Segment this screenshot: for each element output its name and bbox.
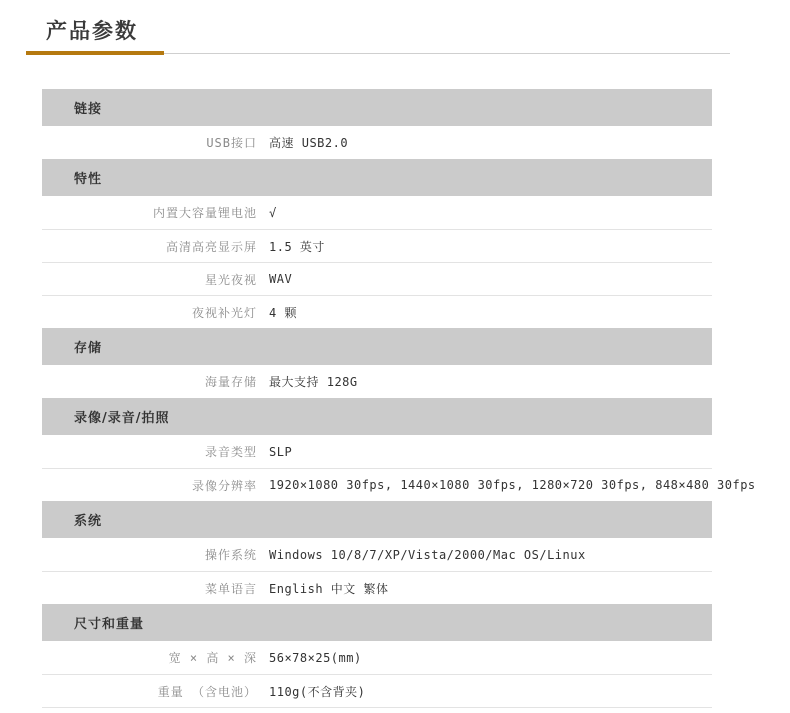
spec-row: 菜单语言 English 中文 繁体 bbox=[42, 571, 712, 604]
spec-label: 重量 （含电池） bbox=[42, 683, 257, 700]
spec-row: 重量 （含电池） 110g(不含背夹) bbox=[42, 674, 712, 707]
spec-value: 1920×1080 30fps, 1440×1080 30fps, 1280×7… bbox=[269, 478, 756, 492]
title-underline bbox=[26, 51, 730, 55]
title-underline-accent bbox=[26, 51, 164, 55]
spec-value: √ bbox=[269, 206, 277, 220]
section-rows: 操作系统 Windows 10/8/7/XP/Vista/2000/Mac OS… bbox=[42, 538, 712, 604]
page-header: 产品参数 bbox=[0, 0, 790, 55]
section-title: 尺寸和重量 bbox=[74, 613, 144, 632]
spec-section-5: 系统 操作系统 Windows 10/8/7/XP/Vista/2000/Mac… bbox=[42, 501, 712, 604]
section-header-bar: 尺寸和重量 bbox=[42, 604, 712, 641]
spec-label: 操作系统 bbox=[42, 546, 257, 563]
spec-value: 110g(不含背夹) bbox=[269, 683, 365, 700]
product-spec-page: 产品参数 链接 USB接口 高速 USB2.0 特性 内置大容量锂电池 √ 高清… bbox=[0, 0, 790, 713]
spec-table: 链接 USB接口 高速 USB2.0 特性 内置大容量锂电池 √ 高清高亮显示屏… bbox=[42, 89, 712, 708]
spec-row: 海量存储 最大支持 128G bbox=[42, 365, 712, 398]
spec-label: 录像分辨率 bbox=[42, 477, 257, 494]
spec-value: 最大支持 128G bbox=[269, 373, 358, 390]
spec-section-4: 录像/录音/拍照 录音类型 SLP 录像分辨率 1920×1080 30fps,… bbox=[42, 398, 712, 501]
section-title: 系统 bbox=[74, 510, 102, 529]
spec-section-2: 特性 内置大容量锂电池 √ 高清高亮显示屏 1.5 英寸 星光夜视 WAV 夜视… bbox=[42, 159, 712, 328]
spec-row: 录音类型 SLP bbox=[42, 435, 712, 468]
page-title: 产品参数 bbox=[46, 18, 790, 44]
spec-row: 操作系统 Windows 10/8/7/XP/Vista/2000/Mac OS… bbox=[42, 538, 712, 571]
section-header-bar: 存储 bbox=[42, 328, 712, 365]
spec-row: 夜视补光灯 4 颗 bbox=[42, 295, 712, 328]
spec-row: 高清高亮显示屏 1.5 英寸 bbox=[42, 229, 712, 262]
section-rows: 宽 × 高 × 深 56×78×25(mm) 重量 （含电池） 110g(不含背… bbox=[42, 641, 712, 707]
section-rows: USB接口 高速 USB2.0 bbox=[42, 126, 712, 159]
section-title: 录像/录音/拍照 bbox=[74, 407, 170, 426]
spec-value: English 中文 繁体 bbox=[269, 580, 389, 597]
section-rows: 内置大容量锂电池 √ 高清高亮显示屏 1.5 英寸 星光夜视 WAV 夜视补光灯… bbox=[42, 196, 712, 328]
spec-label: 内置大容量锂电池 bbox=[42, 204, 257, 221]
spec-section-3: 存储 海量存储 最大支持 128G bbox=[42, 328, 712, 398]
spec-value: 高速 USB2.0 bbox=[269, 134, 348, 151]
spec-label: 星光夜视 bbox=[42, 271, 257, 288]
spec-row: 星光夜视 WAV bbox=[42, 262, 712, 295]
section-title: 存储 bbox=[74, 337, 102, 356]
spec-section-1: 链接 USB接口 高速 USB2.0 bbox=[42, 89, 712, 159]
spec-label: 海量存储 bbox=[42, 373, 257, 390]
spec-value: SLP bbox=[269, 445, 292, 459]
section-title: 特性 bbox=[74, 168, 102, 187]
section-header-bar: 特性 bbox=[42, 159, 712, 196]
section-header-bar: 链接 bbox=[42, 89, 712, 126]
spec-value: WAV bbox=[269, 272, 292, 286]
spec-row: USB接口 高速 USB2.0 bbox=[42, 126, 712, 159]
section-title: 链接 bbox=[74, 98, 102, 117]
spec-value: 1.5 英寸 bbox=[269, 238, 325, 255]
spec-label: 高清高亮显示屏 bbox=[42, 238, 257, 255]
spec-value: 4 颗 bbox=[269, 304, 297, 321]
spec-label: USB接口 bbox=[42, 134, 257, 151]
spec-label: 菜单语言 bbox=[42, 580, 257, 597]
section-rows: 录音类型 SLP 录像分辨率 1920×1080 30fps, 1440×108… bbox=[42, 435, 712, 501]
spec-value: 56×78×25(mm) bbox=[269, 651, 362, 665]
spec-section-6: 尺寸和重量 宽 × 高 × 深 56×78×25(mm) 重量 （含电池） 11… bbox=[42, 604, 712, 707]
spec-row: 内置大容量锂电池 √ bbox=[42, 196, 712, 229]
section-rows: 海量存储 最大支持 128G bbox=[42, 365, 712, 398]
section-header-bar: 系统 bbox=[42, 501, 712, 538]
spec-label: 录音类型 bbox=[42, 443, 257, 460]
spec-row: 录像分辨率 1920×1080 30fps, 1440×1080 30fps, … bbox=[42, 468, 712, 501]
spec-value: Windows 10/8/7/XP/Vista/2000/Mac OS/Linu… bbox=[269, 548, 586, 562]
spec-row: 宽 × 高 × 深 56×78×25(mm) bbox=[42, 641, 712, 674]
section-header-bar: 录像/录音/拍照 bbox=[42, 398, 712, 435]
spec-label: 宽 × 高 × 深 bbox=[42, 649, 257, 666]
spec-label: 夜视补光灯 bbox=[42, 304, 257, 321]
